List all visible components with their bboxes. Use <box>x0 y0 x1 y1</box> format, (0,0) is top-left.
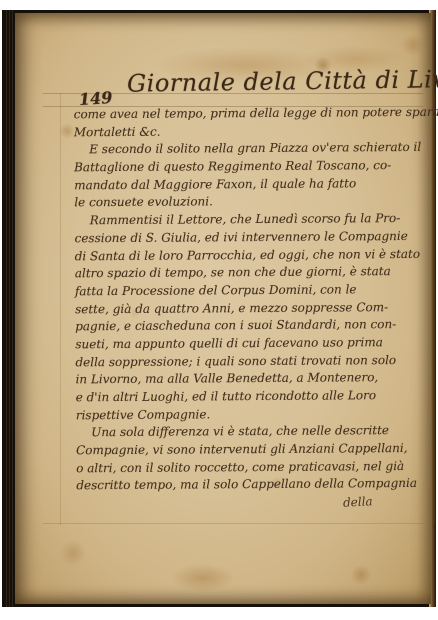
margin-line-left <box>60 93 61 525</box>
manuscript-line: della soppressione; i quali sono stati t… <box>75 351 438 371</box>
manuscript-line: Compagnie, vi sono intervenuti gli Anzia… <box>76 440 438 460</box>
manuscript-text: come avea nel tempo, prima della legge d… <box>74 104 438 496</box>
book-binding <box>2 10 16 607</box>
manuscript-line: cessione di S. Giulia, ed ivi intervenne… <box>75 228 438 248</box>
manuscript-line: pagnie, e ciascheduna con i suoi Standar… <box>75 316 438 336</box>
book-photo: 149 Giornale dela Città di Livorno come … <box>2 10 436 607</box>
manuscript-line: Rammentisi il Lettore, che Lunedì scorso… <box>74 210 438 230</box>
ruled-line-bottom <box>43 523 423 524</box>
stacked-page-edges <box>6 10 14 607</box>
page-title: Giornale dela Città di Livorno <box>127 64 438 97</box>
manuscript-page: 149 Giornale dela Città di Livorno come … <box>15 13 431 604</box>
catchword: della <box>343 494 373 510</box>
manuscript-line: come avea nel tempo, prima della legge d… <box>74 104 438 124</box>
manuscript-line: altro spazio di tempo, se non che due gi… <box>75 263 438 283</box>
scan-frame: 149 Giornale dela Città di Livorno come … <box>0 0 438 620</box>
manuscript-line: descritto tempo, ma il solo Cappellano d… <box>76 475 438 495</box>
manuscript-line: Battaglione di questo Reggimento Real To… <box>74 157 438 177</box>
